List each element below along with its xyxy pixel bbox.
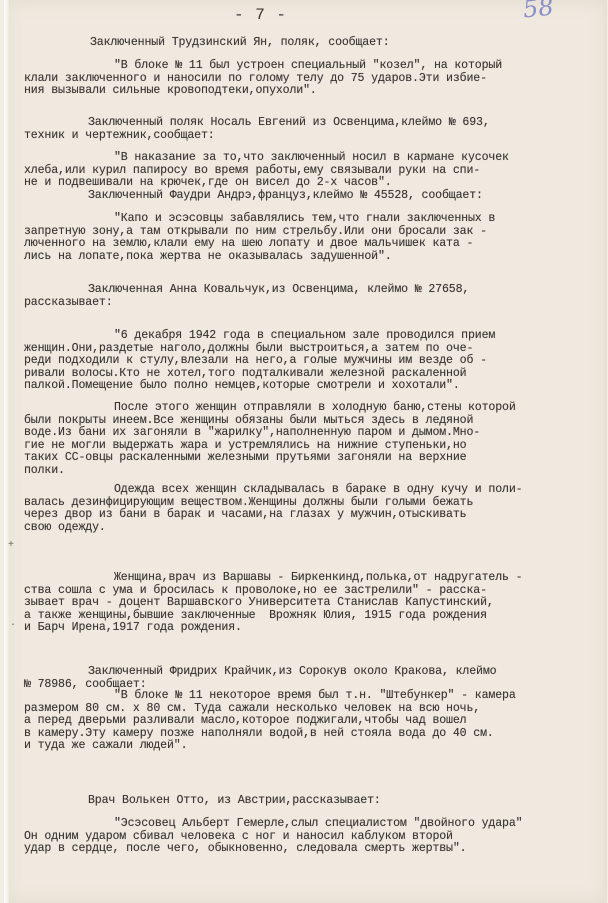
text-line: ния вызывали сильные кровоподтеки,опухол… bbox=[24, 85, 317, 98]
text-line: Заключенный Трудзинский Ян, поляк, сообщ… bbox=[90, 37, 390, 50]
text-line: "6 декабря 1942 года в специальном зале … bbox=[114, 330, 495, 343]
text-line: "В наказание за то,что заключенный носил… bbox=[114, 152, 509, 165]
text-line: люченного на землю,клали ему на шею лопа… bbox=[24, 238, 473, 251]
text-line: "В блоке № 11 был устроен специальный "к… bbox=[114, 60, 502, 73]
text-line: воде.Из бани их загоняли в "жарилку",нап… bbox=[24, 427, 480, 440]
text-line: а перед дверьми разливали масло,которое … bbox=[24, 715, 466, 728]
text-line: "Эсэсовец Альберт Гемерле,слыл специалис… bbox=[114, 818, 522, 831]
margin-mark: + bbox=[8, 540, 14, 551]
text-line: зывает врач - доцент Варшавского Универс… bbox=[24, 597, 494, 610]
text-line: и туда же сажали людей". bbox=[24, 740, 187, 753]
text-line: реди подходили к стулу,влезали на него,а… bbox=[24, 355, 487, 368]
text-line: Одежда всех женщин складывалась в бараке… bbox=[114, 484, 522, 497]
text-line: через двор из бани в барак и часами,на г… bbox=[24, 509, 466, 522]
text-line: полки. bbox=[24, 465, 65, 478]
text-line: удар в сердце, после чего, обыкновенно, … bbox=[24, 843, 466, 856]
text-line: таких СС-овцы раскаленными железными пру… bbox=[24, 452, 466, 465]
text-line: не и подвешивали на крючек,где он висел … bbox=[24, 177, 392, 190]
text-line: лись на лопате,пока жертва не оказывалас… bbox=[24, 251, 392, 264]
text-line: Заключенный Фридрих Крайчик,из Сорокув о… bbox=[88, 666, 496, 679]
text-line: Женщина,врач из Варшавы - Биркенкинд,пол… bbox=[114, 572, 522, 585]
text-line: палкой.Помещение было полно немцев,котор… bbox=[24, 380, 460, 393]
page-number: - 7 - bbox=[234, 6, 287, 24]
text-line: Заключенный поляк Носаль Евгений из Осве… bbox=[88, 117, 490, 130]
archive-page-mark: 58 bbox=[522, 0, 555, 24]
text-line: "В блоке № 11 некоторое время был т.н. "… bbox=[114, 690, 516, 703]
document-page: - 7 - 58 + · Заключенный Трудзинский Ян,… bbox=[4, 0, 607, 903]
text-line: техник и чертежник,сообщает: bbox=[24, 130, 215, 143]
text-line: рассказывает: bbox=[24, 297, 113, 310]
text-line: и Барч Ирена,1917 года рождения. bbox=[24, 622, 242, 635]
text-line: После этого женщин отправляли в холодную… bbox=[114, 402, 516, 415]
text-line: Врач Волькен Отто, из Австрии,рассказыва… bbox=[88, 795, 381, 808]
margin-mark: · bbox=[10, 620, 16, 631]
text-line: свою одежду. bbox=[24, 522, 106, 535]
text-line: "Капо и эсэсовцы забавлялись тем,что гна… bbox=[114, 213, 495, 226]
paper-edge-right bbox=[604, 0, 607, 903]
text-line: Заключенный Фаудри Андрэ,француз,клеймо … bbox=[88, 190, 483, 203]
paper-edge-left bbox=[4, 0, 9, 903]
text-line: Заключенная Анна Ковальчук,из Освенцима,… bbox=[88, 284, 469, 297]
